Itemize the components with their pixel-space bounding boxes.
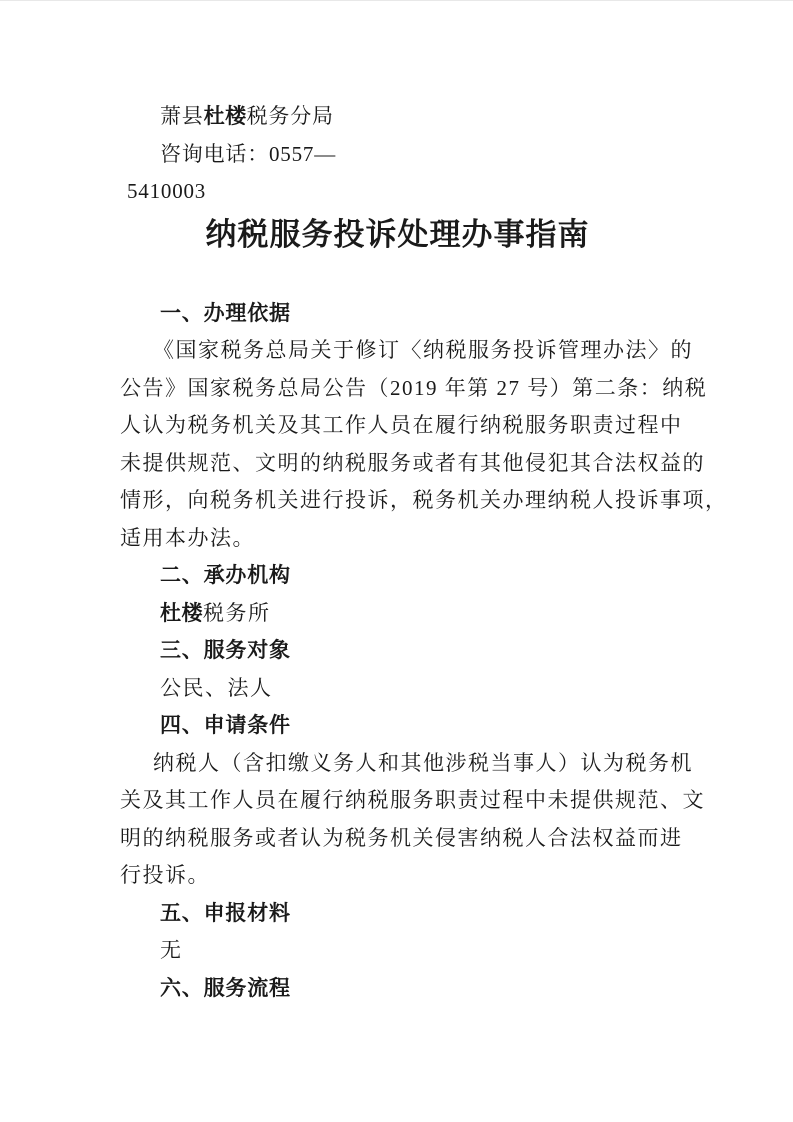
- section-heading-service-target: 三、服务对象: [120, 632, 675, 670]
- conditions-paragraph-line: 明的纳税服务或者认为税务机关侵害纳税人合法权益而进: [120, 820, 675, 858]
- conditions-paragraph-line: 关及其工作人员在履行纳税服务职责过程中未提供规范、文: [120, 782, 675, 820]
- branch-name-prefix: 萧县: [160, 104, 204, 128]
- basis-paragraph-line: 适用本办法。: [120, 520, 675, 558]
- branch-name-line: 萧县杜楼税务分局: [120, 98, 675, 136]
- organization-name-bold: 杜楼: [160, 602, 203, 625]
- phone-label-line: 咨询电话：0557—: [120, 136, 675, 174]
- document-title: 纳税服务投诉处理办事指南: [120, 213, 675, 257]
- materials-line: 无: [120, 932, 675, 970]
- section-heading-basis: 一、办理依据: [120, 295, 675, 333]
- basis-paragraph-line: 情形，向税务机关进行投诉，税务机关办理纳税人投诉事项，: [120, 482, 675, 520]
- branch-name-bold: 杜楼: [204, 105, 247, 128]
- section-heading-materials: 五、申报材料: [120, 895, 675, 933]
- phone-number-line: 5410003: [120, 173, 675, 211]
- section-heading-process: 六、服务流程: [120, 970, 675, 1008]
- service-target-line: 公民、法人: [120, 670, 675, 708]
- basis-paragraph-line: 公告》国家税务总局公告（2019 年第 27 号）第二条：纳税: [120, 370, 675, 408]
- basis-paragraph-line: 人认为税务机关及其工作人员在履行纳税服务职责过程中: [120, 407, 675, 445]
- basis-paragraph-line: 《国家税务总局关于修订〈纳税服务投诉管理办法〉的: [120, 332, 675, 370]
- conditions-paragraph-line: 纳税人（含扣缴义务人和其他涉税当事人）认为税务机: [120, 745, 675, 783]
- document-page: 萧县杜楼税务分局 咨询电话：0557— 5410003 纳税服务投诉处理办事指南…: [0, 1, 793, 1122]
- branch-name-suffix: 税务分局: [247, 104, 334, 128]
- section-heading-conditions: 四、申请条件: [120, 707, 675, 745]
- organization-line: 杜楼税务所: [120, 595, 675, 633]
- organization-name-suffix: 税务所: [203, 601, 271, 625]
- conditions-paragraph-line: 行投诉。: [120, 857, 675, 895]
- basis-paragraph-line: 未提供规范、文明的纳税服务或者有其他侵犯其合法权益的: [120, 445, 675, 483]
- section-heading-organization: 二、承办机构: [120, 557, 675, 595]
